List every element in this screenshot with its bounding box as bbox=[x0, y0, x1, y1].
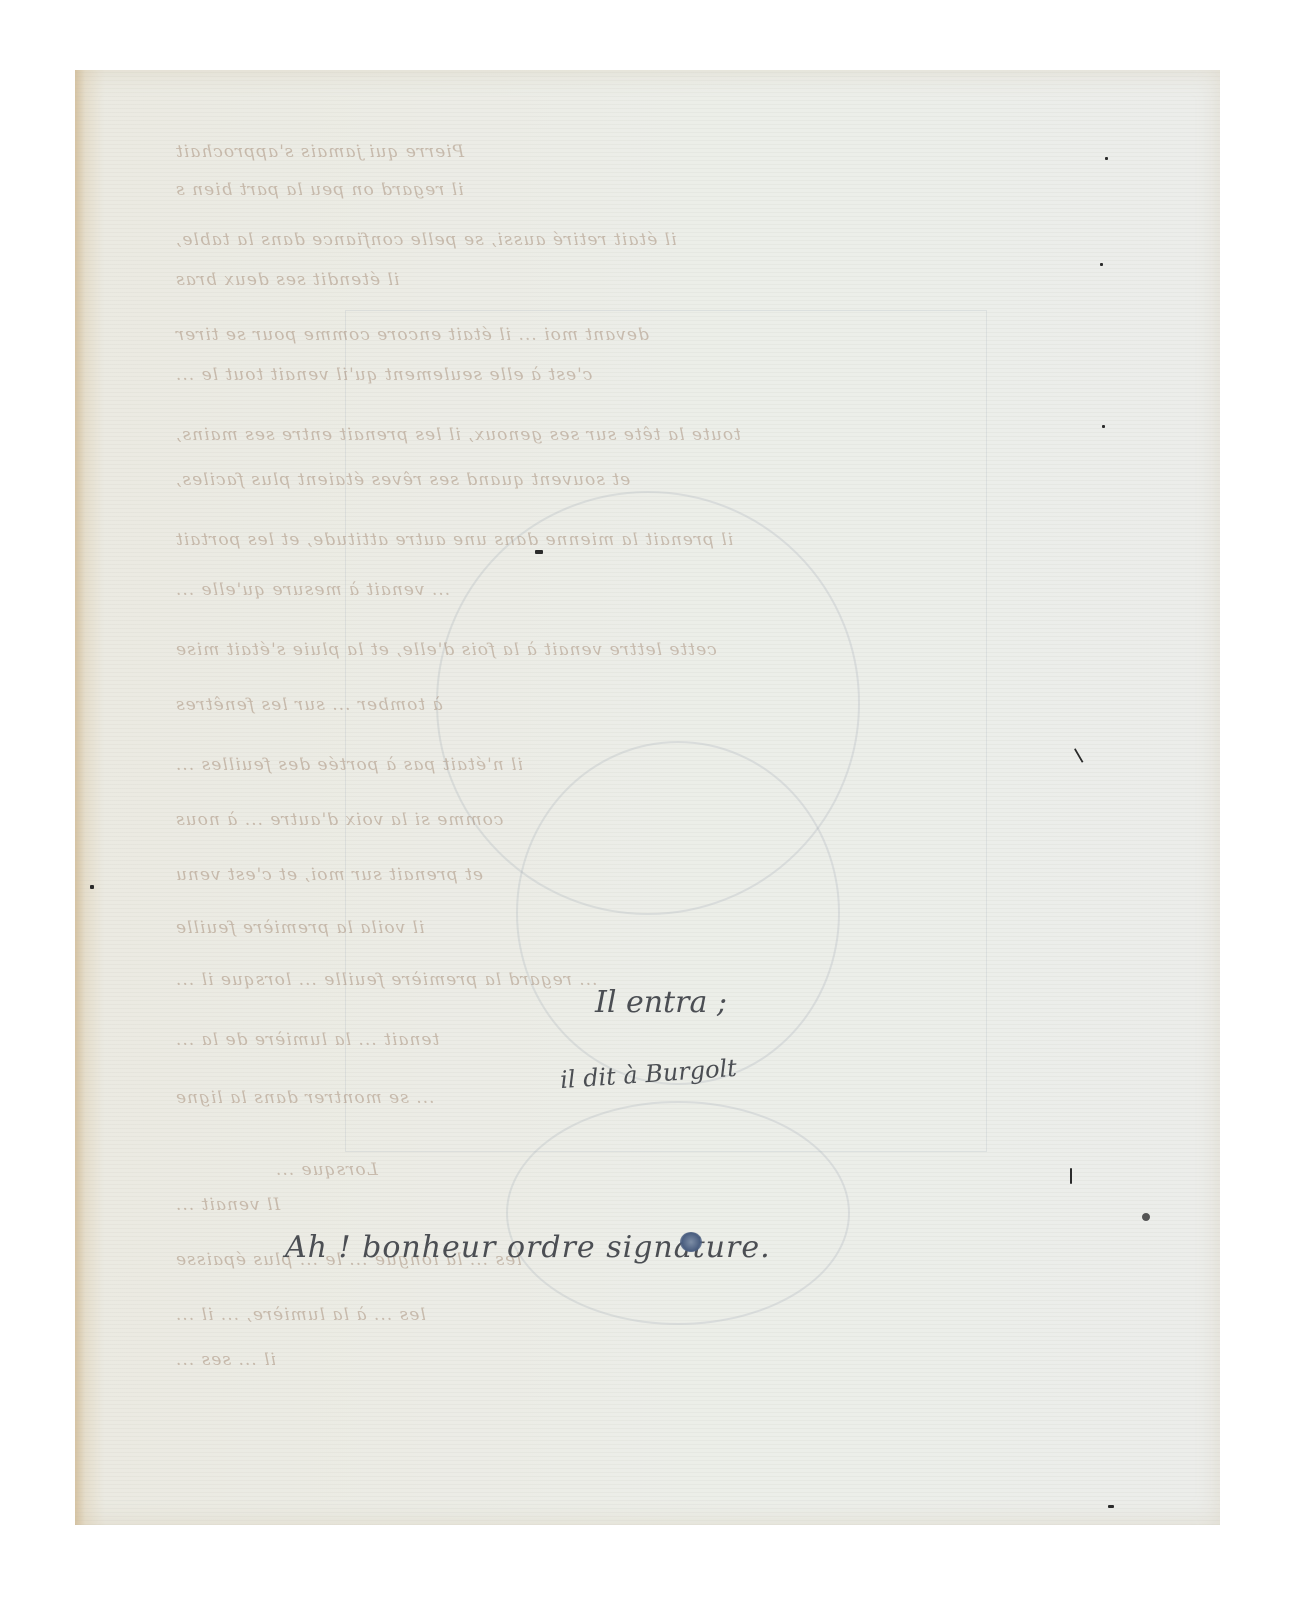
pencil-annotation-il-entra: Il entra ; bbox=[595, 985, 727, 1020]
ink-speck bbox=[1108, 1505, 1114, 1508]
bleed-line: à tomber ... sur les fenêtres bbox=[175, 695, 443, 715]
bleed-line: et prenait sur moi, et c'est venu bbox=[175, 865, 483, 885]
bleed-line: il voila la première feuille bbox=[175, 918, 424, 938]
manuscript-page: Pierre qui jamais s'approchait il regard… bbox=[75, 70, 1220, 1525]
bleed-line: et souvent quand ses rêves étaient plus … bbox=[175, 470, 630, 490]
ink-speck bbox=[1142, 1213, 1150, 1221]
bleed-line: il prenait la mienne dans une autre atti… bbox=[175, 530, 733, 550]
bleed-through-text: Pierre qui jamais s'approchait il regard… bbox=[75, 70, 1220, 1525]
bleed-line: cette lettre venait à la fois d'elle, et… bbox=[175, 640, 717, 660]
ink-speck bbox=[1100, 263, 1103, 266]
ink-mark bbox=[1070, 1168, 1072, 1184]
ink-speck bbox=[535, 550, 543, 554]
bleed-line: comme si la voix d'autre ... à nous bbox=[175, 810, 503, 830]
ink-speck bbox=[90, 885, 94, 889]
bleed-line: ... se montrer dans la ligne bbox=[175, 1088, 435, 1108]
bleed-line: il ... ses ... bbox=[175, 1350, 276, 1370]
bleed-line: tenait ... la lumière de la ... bbox=[175, 1030, 439, 1050]
bleed-line: Lorsque ... bbox=[275, 1160, 378, 1180]
bleed-line: toute la tête sur ses genoux, il les pre… bbox=[175, 425, 741, 445]
bleed-line: il étendit ses deux bras bbox=[175, 270, 399, 290]
bleed-line: Il venait ... bbox=[175, 1195, 280, 1215]
ink-speck bbox=[1102, 425, 1105, 428]
bleed-line: c'est à elle seulement qu'il venait tout… bbox=[175, 365, 592, 385]
ink-blot bbox=[680, 1232, 702, 1252]
bleed-line: il n'était pas à portée des feuilles ... bbox=[175, 755, 523, 775]
ink-speck bbox=[1105, 157, 1108, 160]
bleed-line: Pierre qui jamais s'approchait bbox=[175, 142, 464, 162]
bleed-line: devant moi ... il était encore comme pou… bbox=[175, 325, 649, 345]
bleed-line: ... regard la première feuille ... lorsq… bbox=[175, 970, 598, 990]
bleed-line: les ... à la lumière, ... il ... bbox=[175, 1305, 426, 1325]
bleed-line: ... venait à mesure qu'elle ... bbox=[175, 580, 450, 600]
bleed-line: il regard on peu la part bien s bbox=[175, 180, 464, 200]
bleed-line: il était retiré aussi, se pelle confianc… bbox=[175, 230, 677, 250]
